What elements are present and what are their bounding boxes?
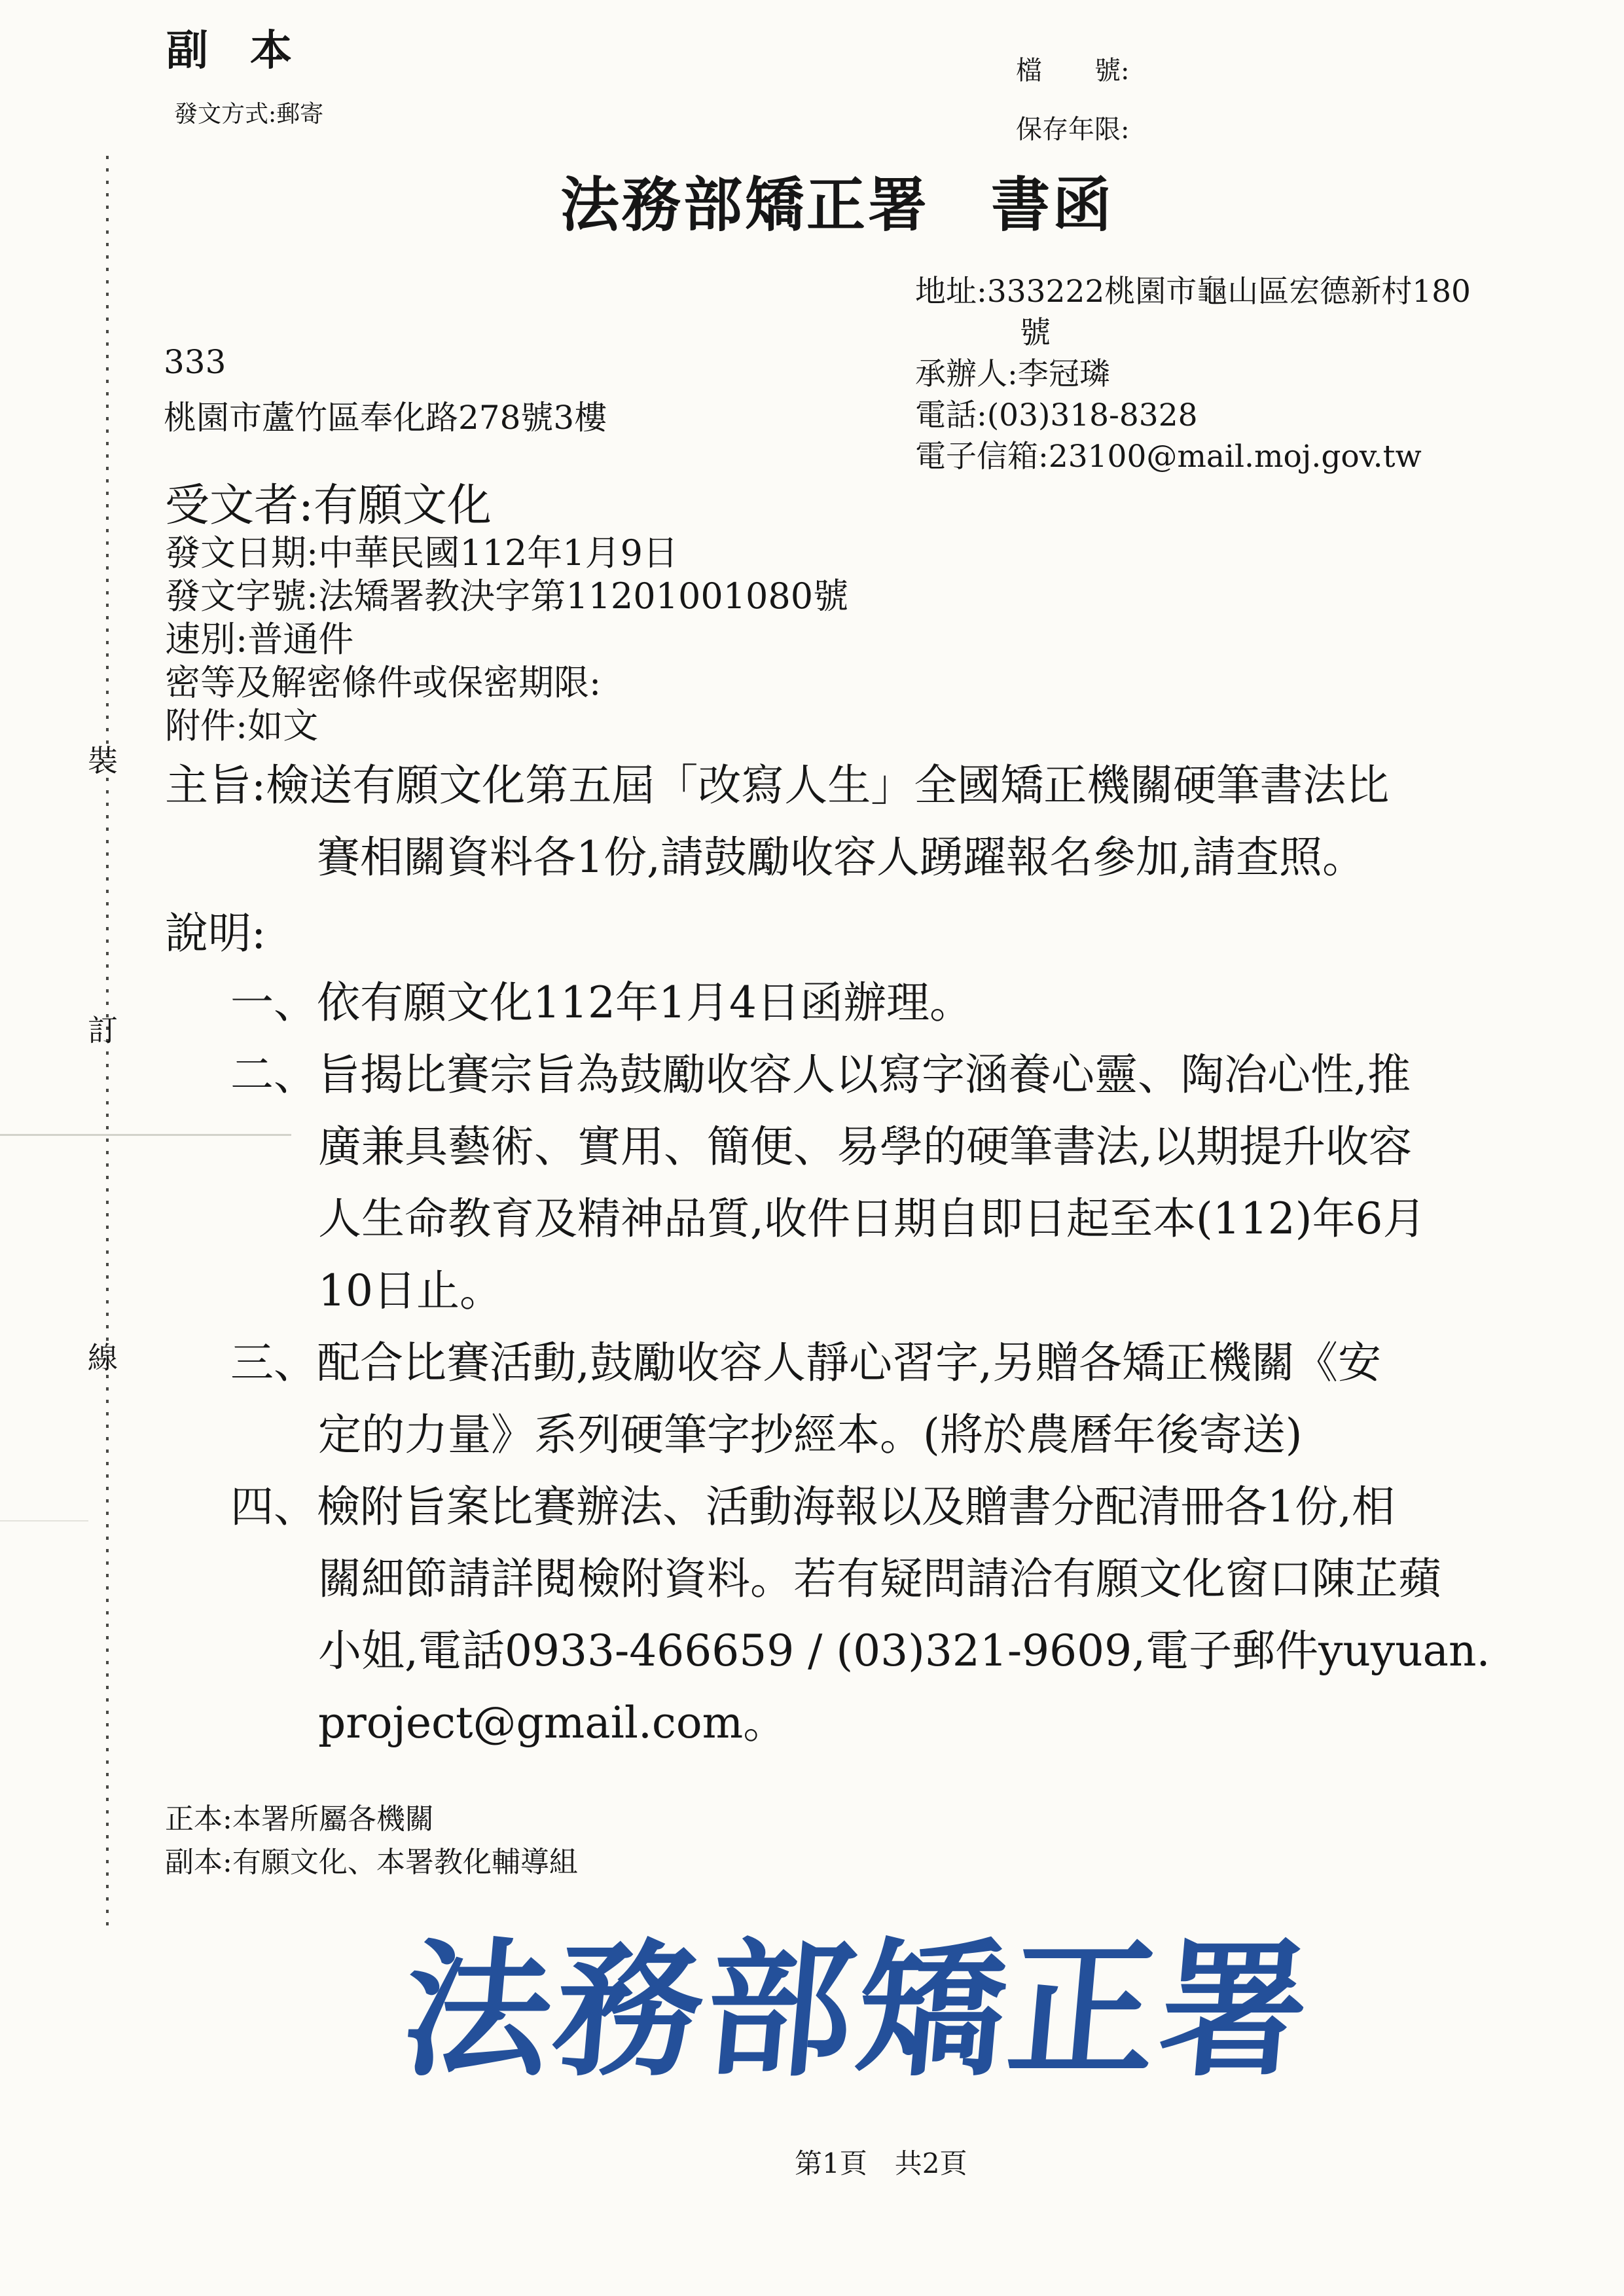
recipient-address: 桃園市蘆竹區奉化路278號3樓	[164, 392, 607, 439]
explanation-line: 關細節請詳閱檢附資料。若有疑問請洽有願文化窗口陳芷蘋	[318, 1544, 1441, 1606]
page-number: 第1頁 共2頁	[795, 2142, 967, 2181]
distribution-copy: 副本:有願文化、本署教化輔導組	[165, 1838, 578, 1880]
paper-fold-line	[0, 1134, 291, 1136]
agency-contact-block: 地址:333222桃園市龜山區宏德新村180 號 承辦人:李冠璘 電話:(03)…	[915, 271, 1471, 477]
explanation-line: 三、配合比賽活動,鼓勵收容人靜心習字,另贈各矯正機關《安	[230, 1328, 1381, 1390]
doc-number: 發文字號:法矯署教決字第11201001080號	[165, 575, 848, 618]
scanned-official-letter: 裝 訂 線 副 本 發文方式:郵寄 檔 號: 保存年限: 法務部矯正署 書函 地…	[0, 0, 1624, 2296]
explanation-label: 說明:	[165, 898, 266, 960]
binding-label-ding: 訂	[88, 1007, 118, 1050]
agency-address-line1: 地址:333222桃園市龜山區宏德新村180	[915, 271, 1471, 312]
explanation-line: 一、依有願文化112年1月4日函辦理。	[230, 968, 973, 1030]
distribution-original: 正本:本署所屬各機關	[165, 1795, 434, 1837]
subject-line-1: 主旨:檢送有願文化第五屆「改寫人生」全國矯正機關硬筆書法比	[165, 750, 1389, 812]
agency-address-line2: 號	[915, 312, 1471, 354]
explanation-line: 廣兼具藝術、實用、簡便、易學的硬筆書法,以期提升收容	[318, 1112, 1412, 1174]
delivery-method: 發文方式:郵寄	[174, 96, 323, 129]
security-classification: 密等及解密條件或保密期限:	[165, 661, 848, 704]
explanation-line: 10日止。	[318, 1256, 503, 1318]
explanation-line: project@gmail.com。	[318, 1688, 786, 1750]
explanation-line: 人生命教育及精神品質,收件日期自即日起至本(112)年6月	[318, 1184, 1426, 1246]
binding-label-zhuang: 裝	[88, 737, 118, 780]
issue-date: 發文日期:中華民國112年1月9日	[165, 532, 848, 575]
subject-line-2: 賽相關資料各1份,請鼓勵收容人踴躍報名參加,請查照。	[317, 822, 1365, 884]
binding-label-xian: 線	[88, 1334, 118, 1377]
attachment-note: 附件:如文	[165, 704, 848, 748]
explanation-line: 小姐,電話0933-466659 / (03)321-9609,電子郵件yuyu…	[318, 1616, 1490, 1678]
explanation-line: 定的力量》系列硬筆字抄經本。(將於農曆年後寄送)	[318, 1400, 1303, 1462]
agency-email: 電子信箱:23100@mail.moj.gov.tw	[915, 436, 1471, 477]
agency-stamp: 法務部矯正署	[397, 1926, 1319, 2096]
paper-fold-line-small	[0, 1520, 88, 1522]
priority: 速別:普通件	[165, 618, 848, 661]
recipient-name: 受文者:有願文化	[165, 470, 492, 534]
document-meta-block: 發文日期:中華民國112年1月9日 發文字號:法矯署教決字第1120100108…	[165, 532, 848, 748]
retention-period-label: 保存年限:	[1016, 109, 1129, 146]
agency-phone: 電話:(03)318-8328	[915, 395, 1471, 436]
recipient-postal-code: 333	[164, 343, 226, 381]
explanation-line: 二、旨揭比賽宗旨為鼓勵收容人以寫字涵養心靈、陶冶心性,推	[230, 1040, 1411, 1102]
copy-type-label: 副 本	[166, 17, 292, 77]
explanation-line: 四、檢附旨案比賽辦法、活動海報以及贈書分配清冊各1份,相	[230, 1472, 1395, 1534]
document-title: 法務部矯正署 書函	[560, 157, 1114, 242]
agency-contact-person: 承辦人:李冠璘	[915, 354, 1471, 395]
file-number-label: 檔 號:	[1016, 50, 1129, 87]
